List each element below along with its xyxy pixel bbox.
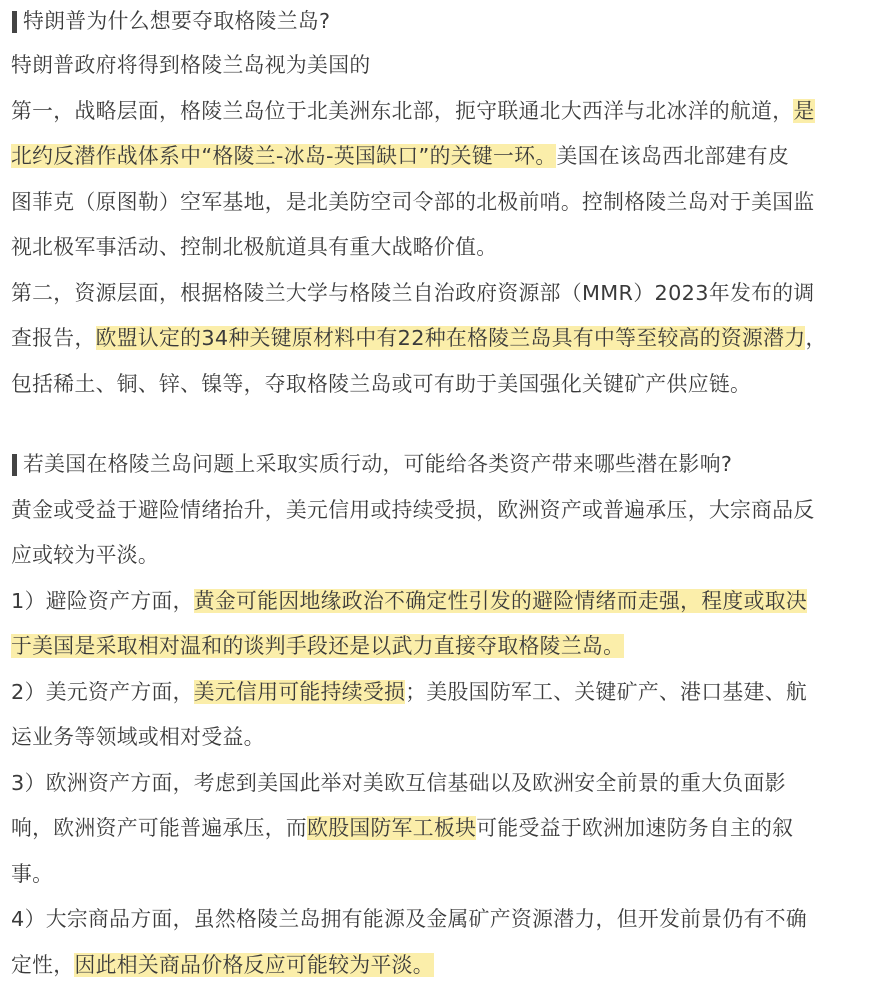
text-run: 第二，资源层面，根据格陵兰大学与格陵兰自治政府资源部（MMR）2023年发布的调 [11,281,815,305]
highlighted-text: 黄金可能因地缘政治不确定性引发的避险情绪而走强，程度或取决 [194,589,807,613]
paragraph-intro: 特朗普政府将得到格陵兰岛视为美国的 [11,43,885,89]
highlighted-text: 欧盟认定的34种关键原材料中有22种在格陵兰岛具有中等至较高的资源潜力 [96,326,806,350]
highlighted-text: 是 [793,99,814,123]
section-spacer [11,407,885,442]
text-run: 美国在该岛西北部建有皮 [556,144,789,168]
highlighted-text: 因此相关商品价格反应可能较为平淡。 [74,953,434,977]
section-heading-asset-impact: 若美国在格陵兰岛问题上采取实质行动，可能给各类资产带来哪些潜在影响? [11,442,885,488]
paragraph-line: 视北极军事活动、控制北极航道具有重大战略价值。 [11,225,885,271]
heading-bar-icon [12,454,17,476]
article-body: 特朗普为什么想要夺取格陵兰岛? 特朗普政府将得到格陵兰岛视为美国的 第一，战略层… [0,0,885,988]
paragraph-line: 查报告，欧盟认定的34种关键原材料中有22种在格陵兰岛具有中等至较高的资源潜力， [11,316,885,362]
text-run: 黄金或受益于避险情绪抬升，美元信用或持续受损，欧洲资产或普遍承压，大宗商品反 [11,498,815,522]
paragraph-line: 黄金或受益于避险情绪抬升，美元信用或持续受损，欧洲资产或普遍承压，大宗商品反 [11,488,885,534]
text-run: 3）欧洲资产方面，考虑到美国此举对美欧互信基础以及欧洲安全前景的重大负面影 [11,771,786,795]
section-heading-why-greenland: 特朗普为什么想要夺取格陵兰岛? [11,0,885,43]
text-run: 包括稀土、铜、锌、镍等，夺取格陵兰岛或可有助于美国强化关键矿产供应链。 [11,372,751,396]
text-run: 事。 [11,862,53,886]
highlighted-text: 于美国是采取相对温和的谈判手段还是以武力直接夺取格陵兰岛。 [11,634,624,658]
heading-bar-icon [12,11,17,33]
text-run: ， [805,326,826,350]
paragraph-line: 第一，战略层面，格陵兰岛位于北美洲东北部，扼守联通北大西洋与北冰洋的航道，是 [11,89,885,135]
highlighted-text: 美元信用可能持续受损 [194,680,405,704]
text-run: 4）大宗商品方面，虽然格陵兰岛拥有能源及金属矿产资源潜力，但开发前景仍有不确 [11,907,807,931]
text-run: 视北极军事活动、控制北极航道具有重大战略价值。 [11,235,497,259]
paragraph-line: 3）欧洲资产方面，考虑到美国此举对美欧互信基础以及欧洲安全前景的重大负面影 [11,761,885,807]
text-run: 第一，战略层面，格陵兰岛位于北美洲东北部，扼守联通北大西洋与北冰洋的航道， [11,99,793,123]
highlighted-text: 欧股国防军工板块 [307,816,476,840]
paragraph-line: 应或较为平淡。 [11,533,885,579]
text-run: ；美股国防军工、关键矿产、港口基建、航 [405,680,807,704]
paragraph-line: 1）避险资产方面，黄金可能因地缘政治不确定性引发的避险情绪而走强，程度或取决 [11,579,885,625]
text-run: 查报告， [11,326,96,350]
text-run: 响，欧洲资产可能普遍承压，而 [11,816,307,840]
intro-text: 特朗普政府将得到格陵兰岛视为美国的 [11,53,371,77]
paragraph-line: 4）大宗商品方面，虽然格陵兰岛拥有能源及金属矿产资源潜力，但开发前景仍有不确 [11,897,885,943]
paragraph-line: 第二，资源层面，根据格陵兰大学与格陵兰自治政府资源部（MMR）2023年发布的调 [11,271,885,317]
paragraph-line: 包括稀土、铜、锌、镍等，夺取格陵兰岛或可有助于美国强化关键矿产供应链。 [11,362,885,408]
paragraph-line: 响，欧洲资产可能普遍承压，而欧股国防军工板块可能受益于欧洲加速防务自主的叙 [11,806,885,852]
text-run: 1）避险资产方面， [11,589,194,613]
paragraph-line: 北约反潜作战体系中“格陵兰-冰岛-英国缺口”的关键一环。美国在该岛西北部建有皮 [11,134,885,180]
heading-text: 若美国在格陵兰岛问题上采取实质行动，可能给各类资产带来哪些潜在影响? [23,442,732,488]
text-run: 定性， [11,953,74,977]
paragraph-line: 图菲克（原图勒）空军基地，是北美防空司令部的北极前哨。控制格陵兰岛对于美国监 [11,180,885,226]
paragraph-line: 2）美元资产方面，美元信用可能持续受损；美股国防军工、关键矿产、港口基建、航 [11,670,885,716]
paragraph-line: 运业务等领域或相对受益。 [11,715,885,761]
highlighted-text: 北约反潜作战体系中“格陵兰-冰岛-英国缺口”的关键一环。 [11,144,556,168]
text-run: 可能受益于欧洲加速防务自主的叙 [476,816,793,840]
text-run: 2）美元资产方面， [11,680,194,704]
paragraph-line: 事。 [11,852,885,898]
paragraph-line: 于美国是采取相对温和的谈判手段还是以武力直接夺取格陵兰岛。 [11,624,885,670]
text-run: 运业务等领域或相对受益。 [11,725,265,749]
text-run: 图菲克（原图勒）空军基地，是北美防空司令部的北极前哨。控制格陵兰岛对于美国监 [11,190,815,214]
paragraph-line: 定性，因此相关商品价格反应可能较为平淡。 [11,943,885,989]
heading-text: 特朗普为什么想要夺取格陵兰岛? [23,0,330,43]
text-run: 应或较为平淡。 [11,543,159,567]
